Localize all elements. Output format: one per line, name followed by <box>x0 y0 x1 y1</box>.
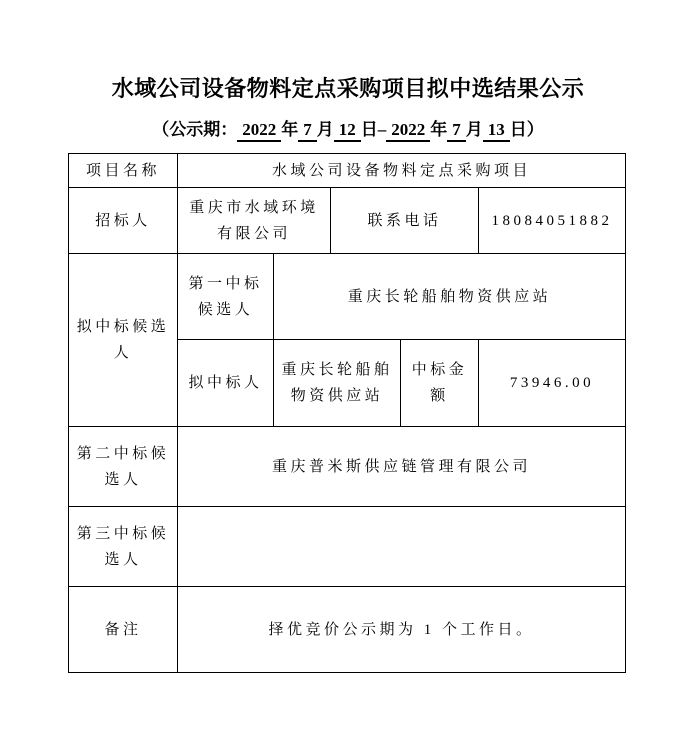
period-end-day: 13 <box>483 120 510 142</box>
page-title: 水域公司设备物料定点采购项目拟中选结果公示 <box>0 76 696 102</box>
period-start-month-label: 月 <box>317 120 334 139</box>
remarks-row: 备注 择优竞价公示期为 1 个工作日。 <box>69 587 626 673</box>
tenderer-label: 招标人 <box>69 188 178 254</box>
period-end-month-label: 月 <box>466 120 483 139</box>
publicity-period: （公示期：2022年7月12日–2022年7月13日） <box>0 118 696 142</box>
second-candidate-row: 第二中标候选人 重庆普米斯供应链管理有限公司 <box>69 427 626 507</box>
period-start-year: 2022 <box>237 120 281 142</box>
period-end-year: 2022 <box>386 120 430 142</box>
document-page: 水域公司设备物料定点采购项目拟中选结果公示 （公示期：2022年7月12日–20… <box>0 0 696 673</box>
first-candidate-row: 拟中标候选人 第一中标候选人 重庆长轮船舶物资供应站 <box>69 254 626 340</box>
project-name-label: 项目名称 <box>69 154 178 188</box>
period-end-month: 7 <box>447 120 466 142</box>
period-start-day: 12 <box>334 120 361 142</box>
candidates-label: 拟中标候选人 <box>69 254 178 427</box>
period-end-year-label: 年 <box>430 120 447 139</box>
results-table: 项目名称 水域公司设备物料定点采购项目 招标人 重庆市水域环境有限公司 联系电话… <box>68 153 626 673</box>
amount-label: 中标金额 <box>401 340 479 427</box>
first-candidate-value: 重庆长轮船舶物资供应站 <box>274 254 626 340</box>
amount-value: 73946.00 <box>479 340 626 427</box>
period-start-month: 7 <box>298 120 317 142</box>
phone-label: 联系电话 <box>331 188 479 254</box>
third-candidate-value <box>178 507 626 587</box>
phone-value: 18084051882 <box>479 188 626 254</box>
remarks-label: 备注 <box>69 587 178 673</box>
third-candidate-row: 第三中标候选人 <box>69 507 626 587</box>
tenderer-row: 招标人 重庆市水域环境有限公司 联系电话 18084051882 <box>69 188 626 254</box>
third-candidate-label: 第三中标候选人 <box>69 507 178 587</box>
proposed-winner-value: 重庆长轮船舶物资供应站 <box>274 340 401 427</box>
remarks-value: 择优竞价公示期为 1 个工作日。 <box>178 587 626 673</box>
period-start-year-label: 年 <box>281 120 298 139</box>
period-suffix: 日） <box>510 120 544 139</box>
second-candidate-label: 第二中标候选人 <box>69 427 178 507</box>
tenderer-value: 重庆市水域环境有限公司 <box>178 188 331 254</box>
project-name-row: 项目名称 水域公司设备物料定点采购项目 <box>69 154 626 188</box>
proposed-winner-label: 拟中标人 <box>178 340 274 427</box>
first-candidate-label: 第一中标候选人 <box>178 254 274 340</box>
project-name-value: 水域公司设备物料定点采购项目 <box>178 154 626 188</box>
second-candidate-value: 重庆普米斯供应链管理有限公司 <box>178 427 626 507</box>
period-dash: 日– <box>361 120 387 139</box>
period-prefix: （公示期： <box>152 120 237 139</box>
